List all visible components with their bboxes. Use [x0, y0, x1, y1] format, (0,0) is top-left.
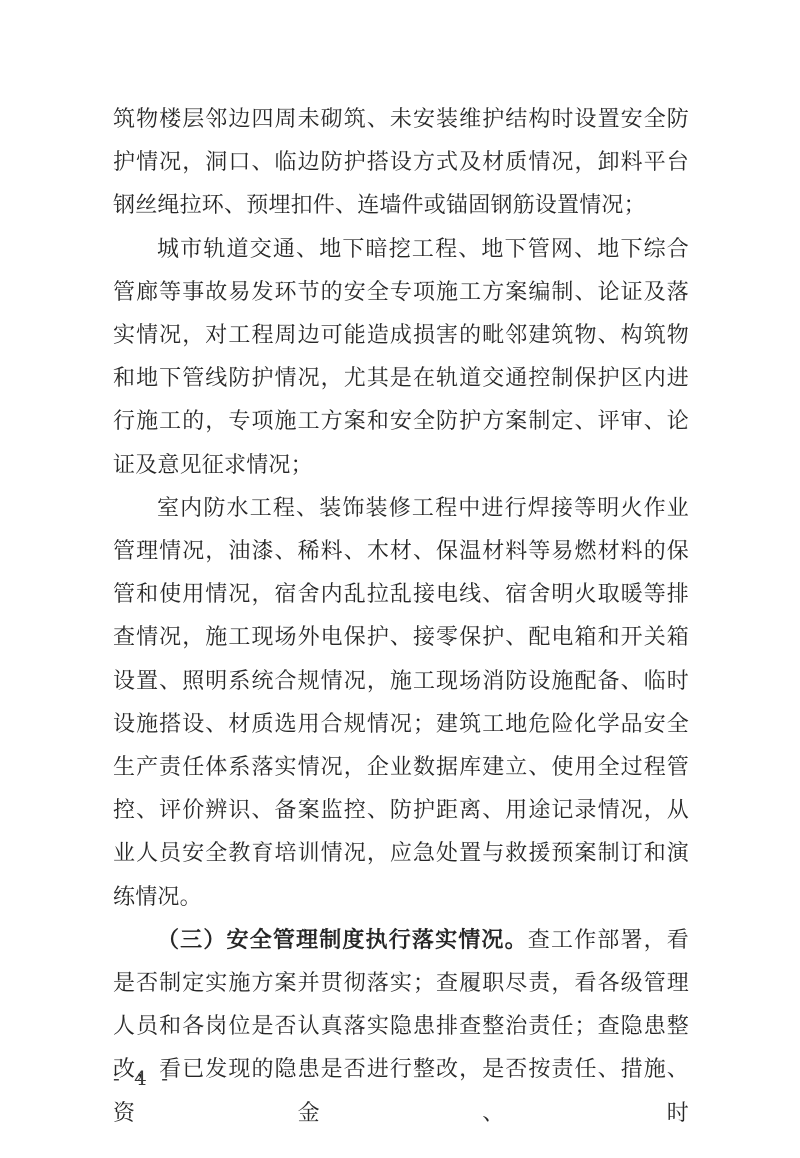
paragraph-management-system-text: 查工作部署，看是否制定实施方案并贯彻落实；查履职尽责，看各级管理人员和各岗位是否… — [113, 928, 689, 1126]
section-heading-3: （三）安全管理制度执行落实情况。 — [157, 927, 528, 953]
paragraph-management-system: （三）安全管理制度执行落实情况。查工作部署，看是否制定实施方案并贯彻落实；查履职… — [113, 919, 689, 1135]
page-number: - 4 - — [113, 1064, 172, 1092]
document-body: 筑物楼层邻边四周未砌筑、未安装维护结构时设置安全防护情况，洞口、临边防护搭设方式… — [113, 98, 689, 1135]
document-page: 筑物楼层邻边四周未砌筑、未安装维护结构时设置安全防护情况，洞口、临边防护搭设方式… — [113, 98, 689, 1135]
paragraph-fire-electric-safety: 室内防水工程、装饰装修工程中进行焊接等明火作业管理情况，油漆、稀料、木材、保温材… — [113, 487, 689, 919]
paragraph-underground-works: 城市轨道交通、地下暗挖工程、地下管网、地下综合管廊等事故易发环节的安全专项施工方… — [113, 228, 689, 487]
paragraph-continuation: 筑物楼层邻边四周未砌筑、未安装维护结构时设置安全防护情况，洞口、临边防护搭设方式… — [113, 98, 689, 228]
